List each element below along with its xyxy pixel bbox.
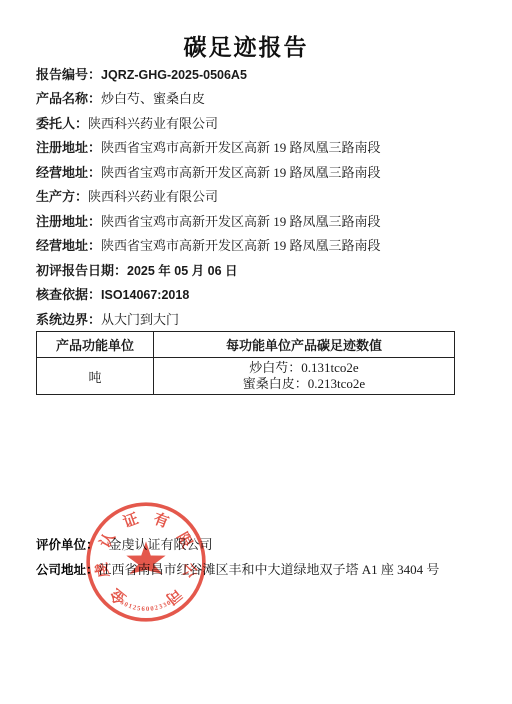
- report-page: 碳足迹报告 报告编号：JQRZ-GHG-2025-0506A5 产品名称：炒白芍…: [0, 0, 512, 704]
- field-product-name: 产品名称：炒白芍、蜜桑白皮: [36, 87, 482, 111]
- company-address-label: 公司地址：: [36, 563, 99, 577]
- field-label: 产品名称：: [36, 91, 101, 106]
- seal-serial-arc: [107, 591, 186, 611]
- field-report-number: 报告编号：JQRZ-GHG-2025-0506A5: [36, 63, 482, 87]
- field-label: 委托人：: [36, 116, 88, 131]
- field-value: 陕西科兴药业有限公司: [88, 116, 218, 131]
- field-label: 报告编号：: [36, 67, 101, 82]
- field-system-boundary: 系统边界：从大门到大门: [36, 308, 482, 332]
- field-producer-business-address: 经营地址：陕西省宝鸡市高新开发区高新 19 路凤凰三路南段: [36, 234, 482, 258]
- seal-ring-char: 金: [107, 585, 130, 608]
- seal-ring-char: 司: [162, 585, 185, 608]
- field-value: 陕西省宝鸡市高新开发区高新 19 路凤凰三路南段: [101, 238, 381, 253]
- field-verification-basis: 核查依据：ISO14067:2018: [36, 283, 482, 307]
- seal-ring-char: 有: [151, 509, 171, 531]
- field-client: 委托人：陕西科兴药业有限公司: [36, 112, 482, 136]
- footprint-value-2: 蜜桑白皮：0.213tco2e: [154, 376, 454, 392]
- field-label: 系统边界：: [36, 312, 101, 327]
- field-label: 初评报告日期：: [36, 263, 127, 278]
- footer-block: 评价单位：金虔认证有限公司 公司地址：江西省南昌市红谷滩区丰和中大道绿地双子塔 …: [36, 533, 492, 582]
- table-header-row: 产品功能单位 每功能单位产品碳足迹数值: [37, 332, 455, 358]
- field-registered-address: 注册地址：陕西省宝鸡市高新开发区高新 19 路凤凰三路南段: [36, 136, 482, 160]
- cell-unit: 吨: [37, 358, 154, 395]
- field-value: 炒白芍、蜜桑白皮: [101, 91, 205, 106]
- field-value: 陕西省宝鸡市高新开发区高新 19 路凤凰三路南段: [101, 214, 381, 229]
- field-initial-report-date: 初评报告日期：2025 年 05 月 06 日: [36, 259, 482, 283]
- report-fields: 报告编号：JQRZ-GHG-2025-0506A5 产品名称：炒白芍、蜜桑白皮 …: [36, 63, 482, 332]
- field-value: 陕西省宝鸡市高新开发区高新 19 路凤凰三路南段: [101, 140, 381, 155]
- field-label: 经营地址：: [36, 165, 101, 180]
- field-label: 生产方：: [36, 189, 88, 204]
- field-producer: 生产方：陕西科兴药业有限公司: [36, 185, 482, 209]
- header-functional-unit: 产品功能单位: [37, 332, 154, 358]
- company-address-line: 公司地址：江西省南昌市红谷滩区丰和中大道绿地双子塔 A1 座 3404 号: [36, 558, 492, 583]
- field-label: 核查依据：: [36, 287, 101, 302]
- field-value: JQRZ-GHG-2025-0506A5: [101, 68, 247, 82]
- functional-unit-table: 产品功能单位 每功能单位产品碳足迹数值 吨 炒白芍：0.131tco2e 蜜桑白…: [36, 331, 455, 395]
- seal-ring-char: 证: [121, 509, 141, 531]
- evaluator-label: 评价单位：: [36, 538, 99, 552]
- table-row: 吨 炒白芍：0.131tco2e 蜜桑白皮：0.213tco2e: [37, 358, 455, 395]
- cell-footprint-values: 炒白芍：0.131tco2e 蜜桑白皮：0.213tco2e: [154, 358, 455, 395]
- evaluator-value: 金虔认证有限公司: [109, 537, 213, 552]
- field-value: ISO14067:2018: [101, 288, 189, 302]
- page-title: 碳足迹报告: [0, 29, 492, 62]
- seal-serial-number: 36012560023303: [115, 597, 177, 613]
- company-address-value: 江西省南昌市红谷滩区丰和中大道绿地双子塔 A1 座 3404 号: [99, 562, 440, 577]
- field-label: 经营地址：: [36, 238, 101, 253]
- field-value: 陕西科兴药业有限公司: [88, 189, 218, 204]
- field-label: 注册地址：: [36, 140, 101, 155]
- evaluator-line: 评价单位：金虔认证有限公司: [36, 533, 492, 558]
- footprint-value-1: 炒白芍：0.131tco2e: [154, 360, 454, 376]
- field-value: 从大门到大门: [101, 312, 179, 327]
- field-label: 注册地址：: [36, 214, 101, 229]
- field-business-address: 经营地址：陕西省宝鸡市高新开发区高新 19 路凤凰三路南段: [36, 161, 482, 185]
- field-value: 陕西省宝鸡市高新开发区高新 19 路凤凰三路南段: [101, 165, 381, 180]
- header-footprint-value: 每功能单位产品碳足迹数值: [154, 332, 455, 358]
- field-value: 2025 年 05 月 06 日: [127, 264, 237, 278]
- field-producer-registered-address: 注册地址：陕西省宝鸡市高新开发区高新 19 路凤凰三路南段: [36, 210, 482, 234]
